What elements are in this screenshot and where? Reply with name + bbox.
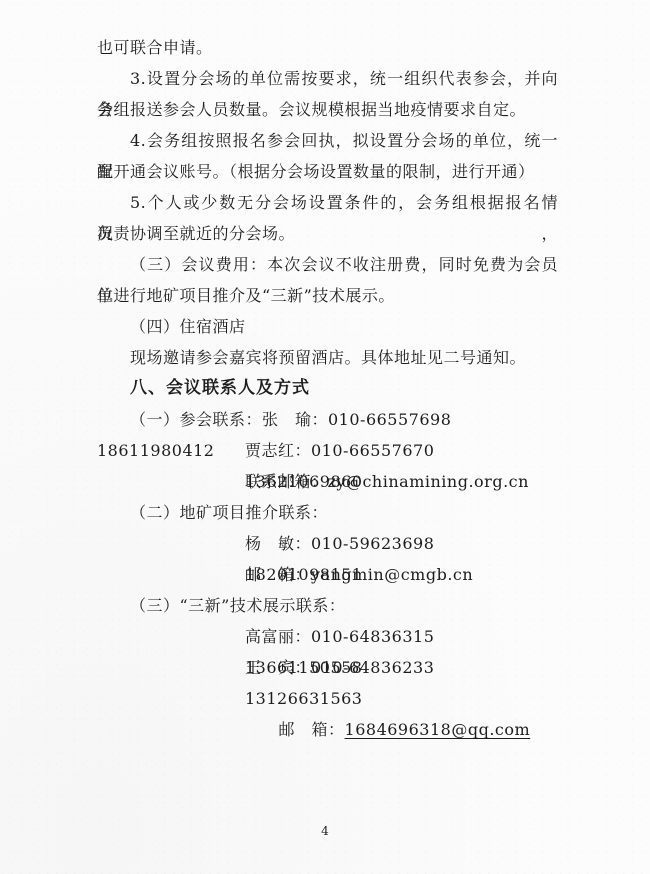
scanned-document-page: 也可联合申请。 3.设置分会场的单位需按要求，统一组织代表参会，并向会 务组报送… xyxy=(0,0,650,874)
subsection-title: （二）地矿项目推介联系： xyxy=(97,497,558,528)
email-label: 邮 箱： xyxy=(279,720,345,739)
body-line: 务组报送参会人员数量。会议规模根据当地疫情要求自定。 xyxy=(97,94,558,125)
contact-line: （一）参会联系：张 瑜：010-66557698 18611980412 xyxy=(97,404,558,435)
body-line: 置开通会议账号。（根据分会场设置数量的限制，进行开通） xyxy=(97,156,558,187)
body-line: 5.个人或少数无分会场设置条件的，会务组根据报名情况， xyxy=(97,187,558,218)
body-line: 位进行地矿项目推介及“三新”技术展示。 xyxy=(97,280,558,311)
body-line: （三）会议费用：本次会议不收注册费，同时免费为会员单 xyxy=(97,249,558,280)
section-heading: 八、会议联系人及方式 xyxy=(97,373,558,404)
subsection-title: （四）住宿酒店 xyxy=(97,311,558,342)
contact-line: 杨 敏：010-59623698 18201098151 xyxy=(97,528,558,559)
body-line: 4.会务组按照报名参会回执，拟设置分会场的单位，统一配 xyxy=(97,125,558,156)
contact-email-line: 邮 箱：yangmin@cmgb.cn xyxy=(97,559,558,590)
page-number: 4 xyxy=(0,824,650,838)
subsection-title: （三）“三新”技术展示联系： xyxy=(97,590,558,621)
email-link[interactable]: 1684696318@qq.com xyxy=(345,720,531,739)
body-line: 也可联合申请。 xyxy=(97,32,558,63)
body-line: 3.设置分会场的单位需按要求，统一组织代表参会，并向会 xyxy=(97,63,558,94)
contact-email-line: 联系邮箱：zy@chinamining.org.cn xyxy=(97,466,558,497)
contact-line: 高富丽：010-64836315 13661150558 xyxy=(97,621,558,652)
contact-line: 王 宾：010-64836233 13126631563 xyxy=(97,652,558,683)
document-body: 也可联合申请。 3.设置分会场的单位需按要求，统一组织代表参会，并向会 务组报送… xyxy=(97,32,558,714)
body-line: 现场邀请参会嘉宾将预留酒店。具体地址见二号通知。 xyxy=(97,342,558,373)
